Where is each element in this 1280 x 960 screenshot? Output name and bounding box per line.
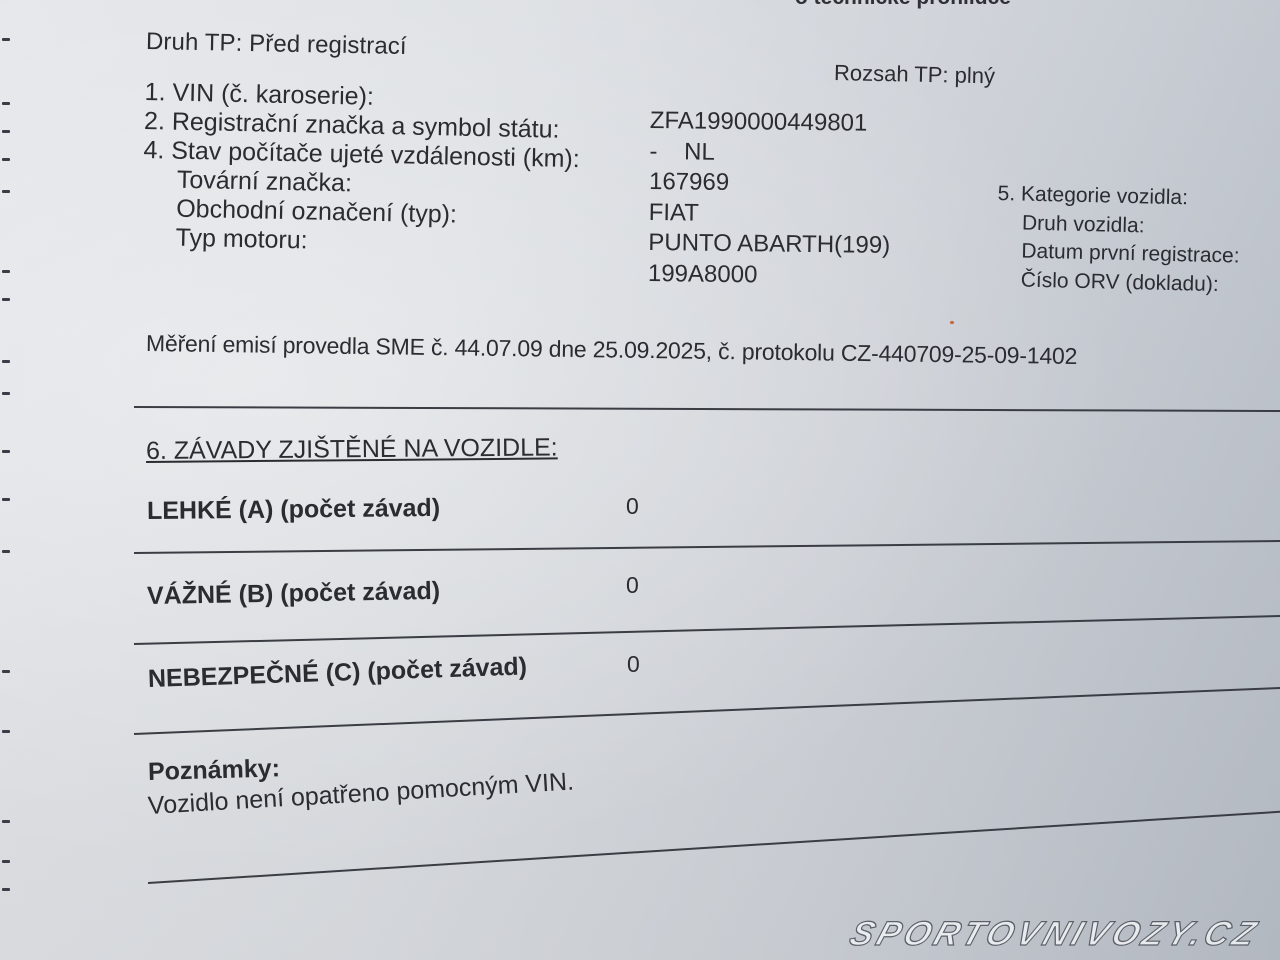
notes-title: Poznámky: [148,754,281,787]
make-value: FIAT [649,197,891,230]
defect-dangerous-label: NEBEZPEČNÉ (C) (počet závad) [148,652,528,694]
defect-light-label: LEHKÉ (A) (počet závad) [147,494,440,526]
vehicle-field-values: ZFA1990000449801 - NL 167969 FIAT PUNTO … [648,106,892,292]
left-margin-marks [0,30,14,930]
protocol-header-title: o technické prohlídce [795,0,1011,10]
inspection-type: Druh TP: Před registrací [146,28,407,61]
divider-line [148,810,1280,884]
vehicle-category: 5. Kategorie vozidla: Druh vozidla: Datu… [995,180,1241,299]
model-value: PUNTO ABARTH(199) [648,228,890,261]
engine-value: 199A8000 [648,258,890,291]
registration-value: - NL [649,136,891,169]
emissions-statement: Měření emisí provedla SME č. 44.07.09 dn… [146,330,1078,370]
document-page: o technické prohlídce Druh TP: Před regi… [0,0,1280,960]
odometer-value: 167969 [649,167,891,200]
defect-serious-count: 0 [626,572,639,599]
defect-light-count: 0 [626,493,639,520]
divider-line [134,615,1280,645]
vin-value: ZFA1990000449801 [650,106,892,139]
defect-dangerous-count: 0 [627,651,640,678]
defects-section-title: 6. ZÁVADY ZJIŠTĚNÉ NA VOZIDLE: [146,433,558,466]
divider-line [134,686,1280,735]
divider-line [134,540,1280,554]
orv-number-label: Číslo ORV (dokladu): [995,265,1239,299]
divider-line [134,406,1280,412]
paper-speck [950,321,954,324]
watermark: SPORTOVNIVOZY.CZ [844,915,1264,954]
vehicle-field-labels: 1. VIN (č. karoserie): 2. Registrační zn… [141,78,581,261]
defect-serious-label: VÁŽNÉ (B) (počet závad) [147,577,441,611]
inspection-scope: Rozsah TP: plný [834,60,996,89]
